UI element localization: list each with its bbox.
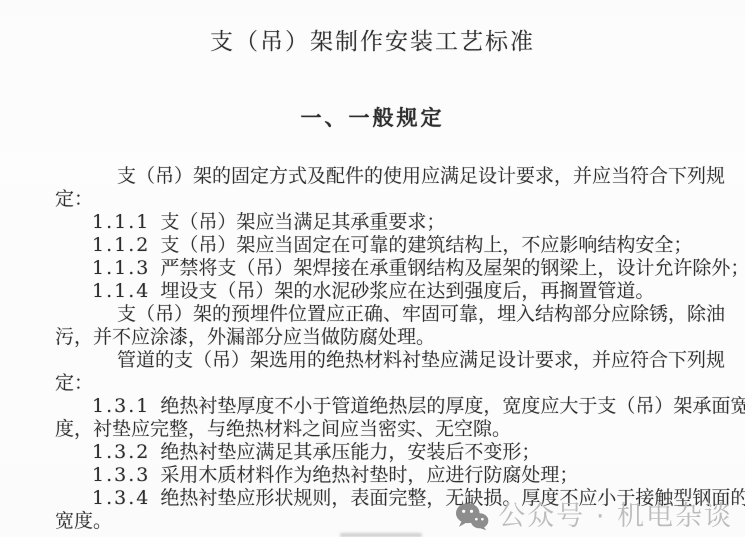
item-number: 1.3.3 [92, 464, 150, 486]
numbered-item-line: 1.3.2绝热衬垫应满足其承压能力，安装后不变形； [55, 441, 707, 464]
paragraph-line: 宽度。 [55, 510, 707, 533]
section-heading: 一、一般规定 [0, 105, 745, 131]
item-text: 绝热衬垫应形状规则，表面完整，无缺损。厚度不应小于接触型钢面的 [160, 487, 745, 509]
numbered-item-line: 1.1.4埋设支（吊）架的水泥砂浆应在达到强度后，再搁置管道。 [55, 280, 707, 303]
item-number: 1.1.3 [92, 257, 150, 279]
paragraph-line: 定： [55, 372, 707, 395]
paragraph-line: 定： [55, 188, 707, 211]
paragraph-line: 支（吊）架的固定方式及配件的使用应满足设计要求，并应当符合下列规 [55, 165, 707, 188]
item-text: 支（吊）架应当满足其承重要求； [160, 211, 445, 233]
numbered-item-line: 1.3.1绝热衬垫厚度不小于管道绝热层的厚度，宽度应大于支（吊）架承面宽 [55, 395, 707, 418]
item-number: 1.1.4 [92, 280, 150, 302]
numbered-item-line: 1.1.1支（吊）架应当满足其承重要求； [55, 211, 707, 234]
next-section-cutoff [340, 533, 422, 537]
numbered-item-line: 1.3.4绝热衬垫应形状规则，表面完整，无缺损。厚度不应小于接触型钢面的 [55, 487, 707, 510]
paragraph-line: 管道的支（吊）架选用的绝热材料衬垫应满足设计要求，并应符合下列规 [55, 349, 707, 372]
item-number: 1.3.2 [92, 441, 150, 463]
document-body: 支（吊）架的固定方式及配件的使用应满足设计要求，并应当符合下列规定：1.1.1支… [0, 165, 745, 533]
item-text: 绝热衬垫应满足其承压能力，安装后不变形； [160, 441, 540, 463]
numbered-item-line: 1.1.2支（吊）架应当固定在可靠的建筑结构上，不应影响结构安全； [55, 234, 707, 257]
item-number: 1.1.2 [92, 234, 150, 256]
item-text: 严禁将支（吊）架焊接在承重钢结构及屋架的钢梁上，设计允许除外； [160, 257, 745, 279]
item-text: 埋设支（吊）架的水泥砂浆应在达到强度后，再搁置管道。 [160, 280, 654, 302]
document-title: 支（吊）架制作安装工艺标准 [0, 0, 745, 57]
paragraph-line: 污，并不应涂漆，外漏部分应当做防腐处理。 [55, 326, 707, 349]
paragraph-line: 支（吊）架的预埋件位置应正确、牢固可靠，埋入结构部分应除锈，除油 [55, 303, 707, 326]
numbered-item-line: 1.1.3严禁将支（吊）架焊接在承重钢结构及屋架的钢梁上，设计允许除外； [55, 257, 707, 280]
item-text: 采用木质材料作为绝热衬垫时，应进行防腐处理； [160, 464, 578, 486]
document-page: 支（吊）架制作安装工艺标准 一、一般规定 支（吊）架的固定方式及配件的使用应满足… [0, 0, 745, 537]
item-number: 1.3.1 [92, 395, 150, 417]
item-number: 1.3.4 [92, 487, 150, 509]
numbered-item-line: 1.3.3采用木质材料作为绝热衬垫时，应进行防腐处理； [55, 464, 707, 487]
paragraph-line: 度，衬垫应完整，与绝热材料之间应当密实、无空隙。 [55, 418, 707, 441]
item-number: 1.1.1 [92, 211, 150, 233]
item-text: 支（吊）架应当固定在可靠的建筑结构上，不应影响结构安全； [160, 234, 692, 256]
item-text: 绝热衬垫厚度不小于管道绝热层的厚度，宽度应大于支（吊）架承面宽 [160, 395, 745, 417]
